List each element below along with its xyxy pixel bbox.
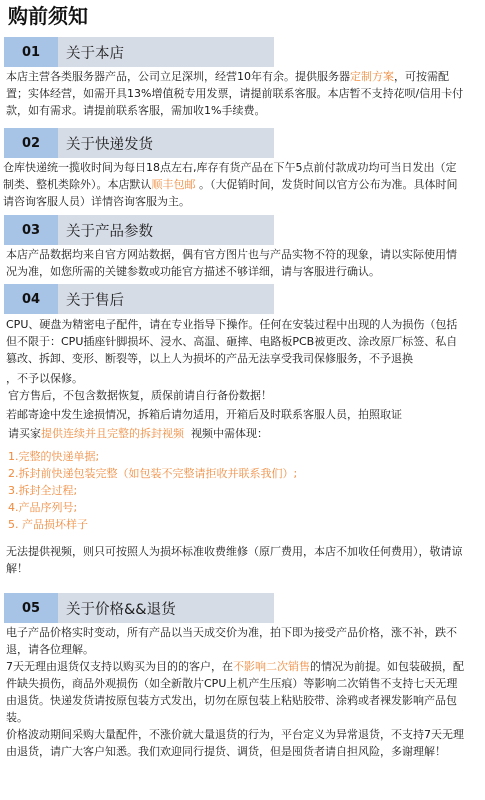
list-item: 5. 产品损坏样子 — [8, 516, 466, 533]
highlight-unboxing-video: 提供连续并且完整的拆封视频 — [41, 427, 184, 440]
section-body-store: 本店主营各类服务器产品，公司立足深圳，经营10年有余。提供服务器定制方案，可按需… — [6, 68, 466, 119]
text: 请买家 — [8, 427, 41, 440]
section-number: 02 — [4, 128, 58, 158]
section-title: 关于价格&&退货 — [58, 598, 176, 619]
section-header-after-sales: 04 关于售后 — [4, 284, 274, 314]
section-title: 关于产品参数 — [58, 220, 153, 241]
text: CPU、硬盘为精密电子配件，请在专业指导下操作。任何在安装过程中出现的人为损伤（… — [6, 316, 466, 367]
section-header-params: 03 关于产品参数 — [4, 215, 274, 245]
list-item: 4.产品序列号; — [8, 499, 466, 516]
list-item: 1.完整的快递单据; — [8, 448, 466, 465]
highlight-no-resale-impact: 不影响二次销售 — [233, 660, 310, 673]
section-title: 关于售后 — [58, 289, 124, 310]
page-title: 购前须知 — [8, 2, 88, 30]
text: 本店主营各类服务器产品，公司立足深圳，经营10年有余。提供服务器 — [6, 70, 350, 83]
closing-note: 无法提供视频，则只可按照人为损坏标准收费维修（原厂费用，本店不加收任何费用），敬… — [6, 543, 466, 577]
section-header-shipping: 02 关于快递发货 — [4, 128, 274, 158]
section-body-after-sales: CPU、硬盘为精密电子配件，请在专业指导下操作。任何在安装过程中出现的人为损伤（… — [6, 316, 466, 577]
video-requirements-list: 1.完整的快递单据; 2.拆封前快递包装完整（如包装不完整请拒收并联系我们）; … — [6, 448, 466, 533]
section-header-store: 01 关于本店 — [4, 37, 274, 67]
text: 电子产品价格实时变动，所有产品以当天成交价为准，拍下即为接受产品价格，涨不补，跌… — [6, 624, 466, 658]
highlight-sf-free-shipping: 顺丰包邮 — [152, 178, 196, 191]
text: 7天无理由退货仅支持以购买为目的的客户，在 — [6, 660, 233, 673]
section-number: 01 — [4, 37, 58, 67]
section-body-price-returns: 电子产品价格实时变动，所有产品以当天成交价为准，拍下即为接受产品价格，涨不补，跌… — [6, 624, 466, 760]
highlight-custom-solution: 定制方案 — [350, 70, 394, 83]
text: ，不予以保修。 — [6, 370, 466, 387]
section-number: 05 — [4, 593, 58, 623]
list-item: 3.拆封全过程; — [8, 482, 466, 499]
return-policy: 7天无理由退货仅支持以购买为目的的客户，在不影响二次销售的情况为前提。如包装破损… — [6, 658, 466, 726]
section-header-price-returns: 05 关于价格&&退货 — [4, 593, 274, 623]
list-item: 2.拆封前快递包装完整（如包装不完整请拒收并联系我们）; — [8, 465, 466, 482]
section-title: 关于快递发货 — [58, 133, 153, 154]
video-instruction: 请买家提供连续并且完整的拆封视频 视频中需体现： — [6, 425, 466, 442]
text: 价格波动期间采购大量配件，不涨价就大量退货的行为，平台定义为异常退货，不支持7天… — [6, 726, 466, 760]
section-title: 关于本店 — [58, 42, 124, 63]
text: 视频中需体现： — [184, 427, 268, 440]
section-body-shipping: 仓库快递统一揽收时间为每日18点左右,库存有货产品在下午5点前付款成功均可当日发… — [3, 159, 463, 210]
section-number: 04 — [4, 284, 58, 314]
section-body-params: 本店产品数据均来自官方网站数据，偶有官方图片也与产品实物不符的现象，请以实际使用… — [6, 246, 466, 280]
text: 本店产品数据均来自官方网站数据，偶有官方图片也与产品实物不符的现象，请以实际使用… — [6, 248, 457, 278]
section-number: 03 — [4, 215, 58, 245]
text: 若邮寄途中发生途损情况，拆箱后请勿适用，开箱后及时联系客服人员，拍照取证 — [6, 406, 466, 423]
text: 官方售后，不包含数据恢复，质保前请自行备份数据！ — [6, 387, 466, 404]
